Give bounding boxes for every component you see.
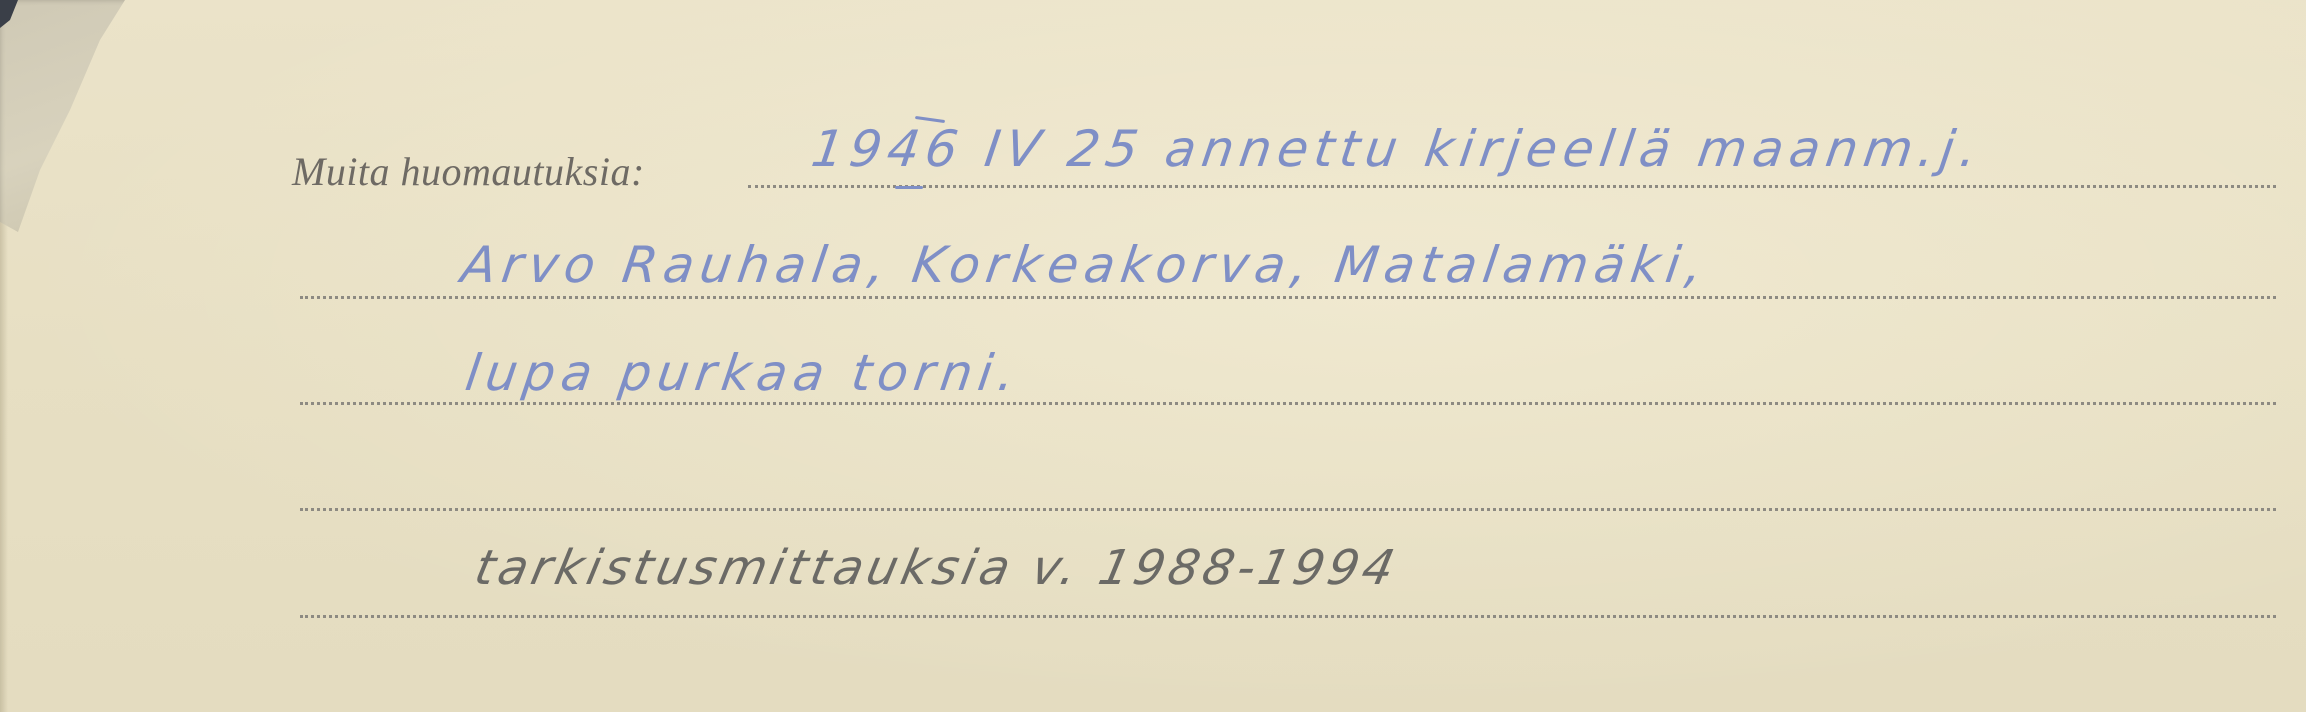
handwritten-line-2: Arvo Rauhala, Korkeakorva, Matalamäki, (458, 236, 1712, 294)
pencil-note-line-5: tarkistusmittauksia v. 1988-1994 (470, 540, 1403, 596)
handwritten-line-1: 1946 IV 25 annettu kirjeellä maanm.j. (808, 120, 1986, 178)
dotted-rule-3 (300, 402, 2276, 405)
printed-label-muita-huomautuksia: Muita huomautuksia: (292, 148, 645, 195)
folded-corner (0, 0, 130, 235)
handwritten-line-3: lupa purkaa torni. (462, 344, 1024, 402)
dotted-rule-2 (300, 296, 2276, 299)
dotted-rule-5 (300, 615, 2276, 618)
document-card: Muita huomautuksia: 1946 IV 25 annettu k… (0, 0, 2306, 712)
dotted-rule-4 (300, 508, 2276, 511)
dotted-rule-1 (748, 185, 2276, 188)
roman-numeral-underline-mark (895, 186, 923, 189)
